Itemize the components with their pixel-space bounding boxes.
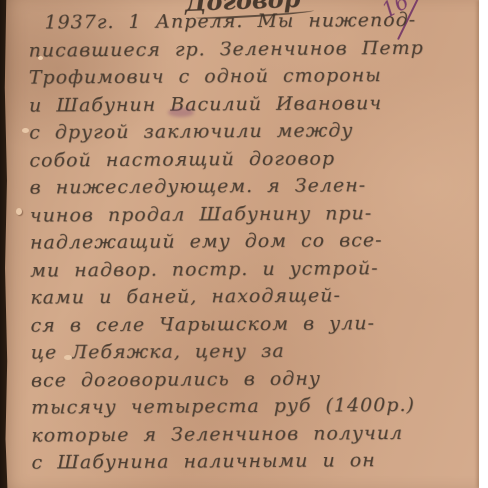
handwritten-line: с другой заключили между [29,118,477,149]
handwritten-line: собой настоящий договор [29,146,477,177]
handwritten-line: ми надвор. постр. и устрой- [30,256,478,287]
handwritten-line: Трофимович с одной стороны [29,63,477,94]
handwritten-line: в нижеследующем. я Зелен- [30,173,478,204]
left-scan-edge [0,0,12,488]
paper-speck [64,355,72,360]
right-scan-strip [479,0,488,488]
document-scan: Договор 16 1937г. 1 Апреля. Мы нижепод- … [0,0,488,488]
handwritten-line: тысячу четыреста руб (1400р.) [31,393,479,424]
handwritten-line: ся в селе Чарышском в ули- [30,311,478,342]
handwritten-line: надлежащий ему дом со все- [30,228,478,259]
paper-speck [38,56,43,60]
handwritten-line: 1937г. 1 Апреля. Мы нижепод- [28,8,476,39]
handwritten-line: чинов продал Шабунину при- [30,201,478,232]
handwritten-line: которые я Зеленчинов получил [31,421,479,452]
handwritten-line: ками и баней, находящей- [30,283,478,314]
handwritten-text: 1937г. 1 Апреля. Мы нижепод- писавшиеся … [28,8,479,479]
paper-speck [22,128,29,133]
handwritten-line: все договорились в одну [31,366,479,397]
handwritten-line: писавшиеся гр. Зеленчинов Петр [29,36,477,67]
paper-speck [16,208,22,215]
handwritten-line: с Шабунина наличными и он [31,448,479,479]
handwritten-line: и Шабунин Василий Иванович [29,91,477,122]
ink-smudge [168,108,194,117]
handwritten-line: це Лебяжка, цену за [31,338,479,369]
